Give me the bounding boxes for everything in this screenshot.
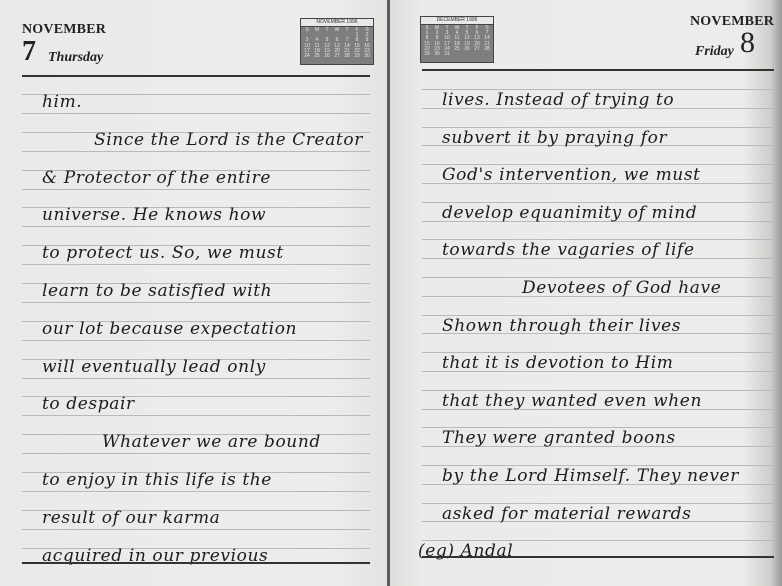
ruled-line <box>22 264 370 265</box>
right-calendar-grid: SMTWTFS123456789101112131415161718192021… <box>421 25 493 57</box>
left-mini-calendar: NOVEMBER 1996 SMTWTFS1234567891011121314… <box>300 18 374 65</box>
ruled-line <box>22 189 370 190</box>
calendar-cell: 30 <box>432 52 442 57</box>
ruled-line <box>22 113 370 114</box>
handwritten-line: result of our karma <box>42 508 220 528</box>
calendar-cell: 25 <box>452 47 462 52</box>
ruled-line <box>22 491 370 492</box>
calendar-cell: 28 <box>342 54 352 59</box>
handwritten-line: will eventually lead only <box>42 357 266 377</box>
handwritten-line: that it is devotion to Him <box>442 353 673 373</box>
handwritten-line: They were granted boons <box>442 428 676 448</box>
handwritten-line: asked for material rewards <box>442 504 691 524</box>
right-day-name: Friday <box>695 44 734 60</box>
handwritten-line: Devotees of God have <box>522 278 721 298</box>
calendar-cell: 27 <box>332 54 342 59</box>
right-calendar-title: DECEMBER 1996 <box>421 17 493 25</box>
handwritten-line: subvert it by praying for <box>442 128 667 148</box>
calendar-cell: 29 <box>422 52 432 57</box>
ruled-line <box>22 151 370 152</box>
right-mini-calendar: DECEMBER 1996 SMTWTFS1234567891011121314… <box>420 16 494 63</box>
ruled-line <box>22 378 370 379</box>
right-header-rule <box>422 69 774 71</box>
ruled-line <box>22 226 370 227</box>
calendar-cell: 28 <box>482 47 492 52</box>
calendar-cell: 24 <box>302 54 312 59</box>
left-footer-rule <box>22 562 370 564</box>
handwritten-line: universe. He knows how <box>42 205 266 225</box>
calendar-cell: 25 <box>312 54 322 59</box>
ruled-line <box>22 529 370 530</box>
handwritten-line: Whatever we are bound <box>102 432 321 452</box>
handwritten-line: to despair <box>42 394 135 414</box>
handwritten-line: lives. Instead of trying to <box>442 90 674 110</box>
handwritten-line: God's intervention, we must <box>442 165 701 185</box>
handwritten-line: learn to be satisfied with <box>42 281 272 301</box>
right-day-number: 8 <box>740 28 755 58</box>
calendar-cell: 31 <box>442 52 452 57</box>
handwritten-line: (eg) Andal <box>418 541 513 561</box>
left-calendar-grid: SMTWTFS123456789101112131415161718192021… <box>301 27 373 59</box>
left-header-rule <box>22 75 370 77</box>
handwritten-line: him. <box>42 92 82 112</box>
ruled-line <box>22 415 370 416</box>
handwritten-line: to enjoy in this life is the <box>42 470 272 490</box>
handwritten-line: that they wanted even when <box>442 391 702 411</box>
calendar-cell: 26 <box>322 54 332 59</box>
calendar-cell: 30 <box>362 54 372 59</box>
handwritten-line: our lot because expectation <box>42 319 297 339</box>
right-footer-rule <box>422 556 774 558</box>
handwritten-line: Since the Lord is the Creator <box>94 130 363 150</box>
handwritten-line: towards the vagaries of life <box>442 240 695 260</box>
calendar-cell: 27 <box>472 47 482 52</box>
handwritten-line: Shown through their lives <box>442 316 681 336</box>
left-calendar-title: NOVEMBER 1996 <box>301 19 373 27</box>
handwritten-line: by the Lord Himself. They never <box>442 466 739 486</box>
calendar-cell: 26 <box>462 47 472 52</box>
handwritten-line: & Protector of the entire <box>42 168 271 188</box>
ruled-line <box>22 340 370 341</box>
left-diary-page: NOVEMBER 7 Thursday NOVEMBER 1996 SMTWTF… <box>0 0 388 586</box>
ruled-line <box>22 302 370 303</box>
right-diary-page: DECEMBER 1996 SMTWTFS1234567891011121314… <box>390 0 782 586</box>
handwritten-line: develop equanimity of mind <box>442 203 697 223</box>
ruled-line <box>22 453 370 454</box>
calendar-cell: 29 <box>352 54 362 59</box>
left-day-name: Thursday <box>48 50 103 66</box>
left-day-number: 7 <box>22 38 36 66</box>
handwritten-line: to protect us. So, we must <box>42 243 284 263</box>
right-month-label: NOVEMBER <box>690 14 774 30</box>
